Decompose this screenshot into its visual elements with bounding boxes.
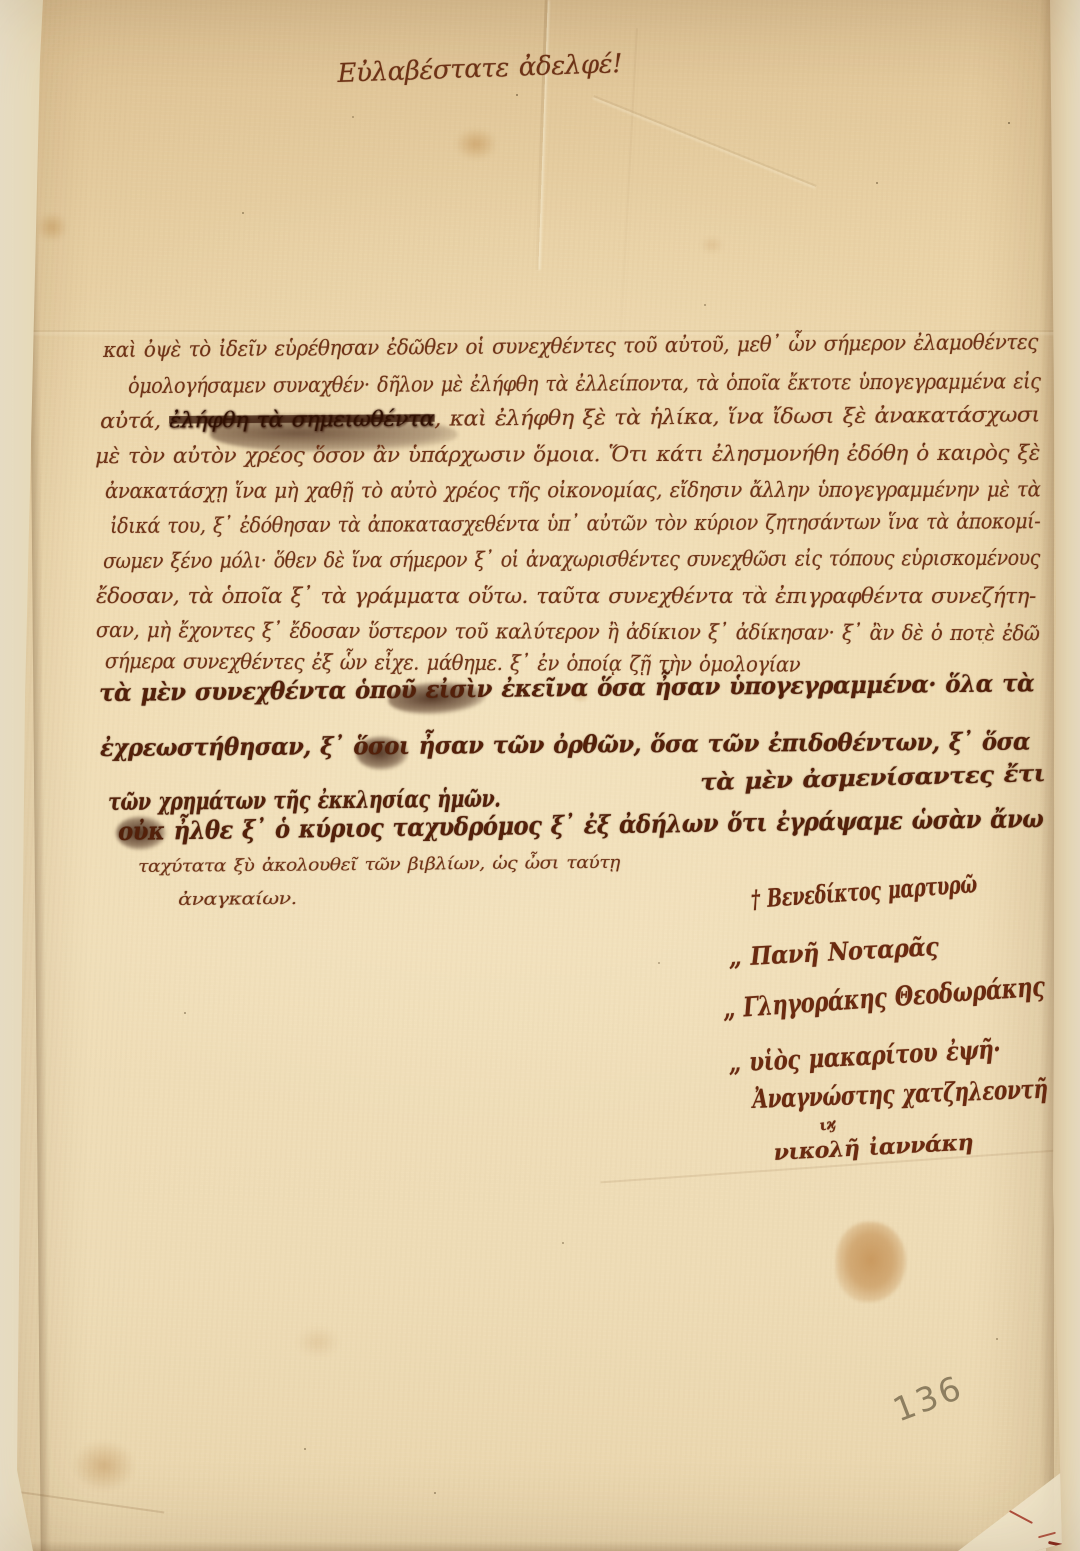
annotation-line-1: ταχύτατα ξὺ ἀκολουθεῖ τῶν βιβλίων, ὡς ὦσ…: [138, 854, 620, 878]
fold-crease-diagonal: [593, 95, 816, 187]
fold-crease-bottom-left: [1, 1489, 165, 1514]
signature-line-4: „ υἱὸς μακαρίτου ἐψῆ·: [728, 1036, 1001, 1080]
dust-specks: [516, 94, 518, 96]
body-line-2: ὁμολογήσαμεν συναχθέν· δῆλον μὲ ἐλήφθη τ…: [128, 369, 1041, 398]
signature-line-2: „ Πανῆ Νοταρᾶς: [728, 933, 939, 973]
body-line-1: καὶ ὀψὲ τὸ ἰδεῖν εὑρέθησαν ἐδῶθεν οἱ συν…: [103, 330, 1038, 362]
emphasis-line-1: τὰ μὲν συνεχθέντα ὁποῦ εἰσὶν ἐκεῖνα ὅσα …: [99, 669, 1034, 706]
signature-line-1: † Βενεδίκτος μαρτυρῶ: [750, 870, 978, 914]
stain-small-top-right: [700, 236, 724, 254]
emphasis-line-3: τῶν χρημάτων τῆς ἐκκλησίας ἡμῶν.: [108, 785, 500, 816]
signature-line-6: νικολῆ ἰαννάκη: [773, 1131, 974, 1167]
emphasis-line-2: ἐχρεωστήθησαν, ξ᾽ ὅσοι ἦσαν τῶν ὀρθῶν, ὅ…: [100, 728, 1030, 762]
paper-edge-bottom: [0, 1541, 1080, 1551]
body-line-9: σαν, μὴ ἔχοντες ξ᾽ ἔδοσαν ὕστερον τοῦ κα…: [96, 618, 1040, 645]
body-line-5: ἀνακατάσχῃ ἵνα μὴ χαθῇ τὸ αὐτὸ χρέος τῆς…: [105, 477, 1040, 503]
fold-crease-vertical-2: [620, 28, 638, 333]
body-line-3: αὐτά, ἐλήφθη τὰ σημειωθέντα, καὶ ἐλήφθη …: [100, 402, 1040, 433]
body-line-3-pre: αὐτά,: [100, 409, 169, 433]
manuscript-sheet: Εὐλαβέστατε ἀδελφέ! καὶ ὀψὲ τὸ ἰδεῖν εὑρ…: [0, 0, 1080, 1551]
stain-large-bottom: [836, 1222, 906, 1302]
signature-mark: ιϗ: [818, 1115, 837, 1135]
body-line-6: ἰδικά του, ξ᾽ ἐδόθησαν τὰ ἀποκατασχεθέντ…: [110, 509, 1040, 538]
signature-line-5: Ἀναγνώστης χατζηλεοντῆ: [752, 1076, 1048, 1116]
archival-number-pencil: 136: [888, 1368, 969, 1429]
manuscript-photo: Εὐλαβέστατε ἀδελφέ! καὶ ὀψὲ τὸ ἰδεῖν εὑρ…: [0, 0, 1080, 1551]
body-line-4: μὲ τὸν αὐτὸν χρέος ὅσον ἂν ὑπάρχωσιν ὅμο…: [95, 441, 1040, 468]
stain-faint-bottom: [296, 1326, 340, 1358]
body-line-7: σωμεν ξένο μόλι· ὅθεν δὲ ἵνα σήμερον ξ᾽ …: [103, 546, 1040, 573]
stain-left-edge: [36, 212, 68, 242]
signature-line-3: „ Γληγοράκης Θεοδωράκης: [722, 972, 1045, 1025]
fold-crease-vertical-1: [535, 0, 547, 270]
side-note-line: τὰ μὲν ἀσμενίσαντες ἔτι: [700, 761, 1045, 796]
body-line-3-post: , καὶ ἐλήφθη ξὲ τὰ ἡλίκα, ἵνα ἴδωσι ξὲ ἀ…: [434, 402, 1040, 430]
annotation-line-2: ἀναγκαίων.: [178, 890, 297, 911]
strikethrough-text: ἐλήφθη τὰ σημειωθέντα: [169, 407, 434, 433]
stain-top: [455, 128, 497, 160]
stain-bottom-left: [72, 1440, 136, 1492]
salutation-line: Εὐλαβέστατε ἀδελφέ!: [337, 50, 623, 90]
body-line-8: ἔδοσαν, τὰ ὁποῖα ξ᾽ τὰ γράμματα οὕτω. τα…: [96, 584, 1036, 608]
